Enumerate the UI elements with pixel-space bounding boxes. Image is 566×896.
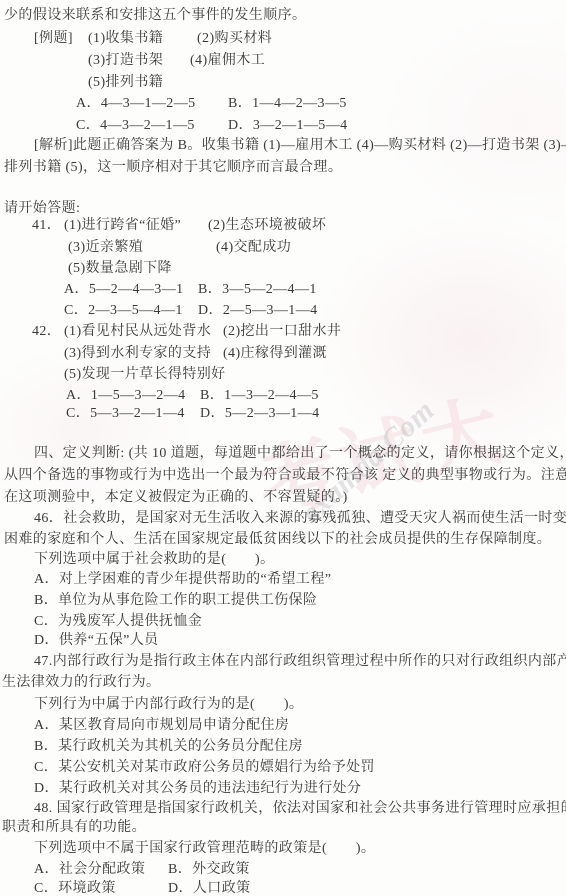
q46-stem-line-2: 困难的家庭和个人、生活在国家规定最低贫困线以下的社会成员提供的生存保障制度。 (4, 530, 551, 550)
analysis-line-2: 排列书籍 (5)，这一顺序相对于其它顺序而言最合理。 (4, 158, 342, 178)
q42-option-d: D．5—2—3—1—4 (200, 404, 320, 424)
q42-item-4: (4)庄稼得到灌溉 (223, 344, 327, 364)
q42-item-5: (5)发现一片草长得特别好 (64, 365, 226, 385)
q42-item-1: (1)看见村民从远处背水 (64, 322, 211, 342)
example-label: [例题] (34, 29, 73, 49)
q48-option-a: A．社会分配政策 (34, 860, 145, 880)
example-option-c: C．4—3—2—1—5 (76, 116, 195, 136)
q47-stem-line-2: 生法律效力的行政行为。 (2, 673, 160, 693)
q48-stem-line-2: 职责和所具有的功能。 (2, 818, 146, 838)
q48-stem-line-1: 48. 国家行政管理是指国家行政机关，依法对国家和社会公共事务进行管理时应承担的 (34, 799, 566, 819)
q42-item-3: (3)得到水利专家的支持 (64, 344, 211, 364)
q42-number: 42． (32, 322, 61, 342)
q41-option-d: D．2—5—3—1—4 (198, 301, 318, 321)
example-item-2: (2)购买材料 (197, 29, 272, 49)
intro-line: 少的假设来联系和安排这五个事件的发生顺序。 (4, 6, 306, 26)
q46-option-b: B．单位为从事危险工作的职工提供工伤保险 (34, 591, 317, 611)
q41-option-a: A．5—2—4—3—1 (64, 280, 184, 300)
scanned-exam-page: 考试大 examda.Com 少的假设来联系和安排这五个事件的发生顺序。 [例题… (0, 0, 566, 896)
example-item-5: (5)排列书籍 (88, 73, 163, 93)
section4-line-1: 四、定义判断: (共 10 道题，每道题中都给出了一个概念的定义，请你根据这个定… (34, 444, 566, 464)
q41-option-c: C．2—3—5—4—1 (64, 301, 183, 321)
q48-prompt: 下列选项中不属于国家行政管理范畴的政策是( )。 (34, 839, 375, 859)
q42-option-a: A．1—5—3—2—4 (66, 386, 186, 406)
example-option-b: B．1—4—2—3—5 (228, 94, 347, 114)
q46-prompt: 下列选项中属于社会救助的是( )。 (34, 550, 275, 570)
q48-option-b: B．外交政策 (168, 860, 250, 880)
q47-prompt: 下列行为中属于内部行政行为的是( )。 (34, 695, 303, 715)
q42-item-2: (2)挖出一口甜水井 (223, 322, 341, 342)
analysis-line-1: [解析]此题正确答案为 B。收集书籍 (1)—雇用木工 (4)—购买材料 (2)… (34, 136, 566, 156)
q47-option-d: D．某行政机关对其公务员的违法违纪行为进行处分 (34, 779, 361, 799)
q46-option-d: D．供养“五保”人员 (34, 631, 159, 651)
example-item-1: (1)收集书籍 (88, 29, 163, 49)
q41-item-1: (1)进行跨省“征婚” (64, 216, 181, 236)
q47-option-b: B．某行政机关为其机关的公务员分配住房 (34, 737, 303, 757)
section4-line-3: 在这项测验中，本定义被假定为正确的、不容置疑的。) (4, 488, 348, 508)
q41-item-3: (3)近亲繁殖 (68, 238, 143, 258)
q41-item-5: (5)数量急剧下降 (68, 259, 172, 279)
q47-option-c: C．某公安机关对某市政府公务员的嫖娼行为给予处罚 (34, 758, 375, 778)
q41-option-b: B．3—5—2—4—1 (198, 280, 317, 300)
q47-option-a: A．某区教育局向市规划局申请分配住房 (34, 716, 289, 736)
q42-option-b: B．1—3—2—4—5 (200, 386, 319, 406)
q46-stem-line-1: 46．社会救助，是国家对无生活收入来源的寡残孤独、遭受天灾人祸而使生活一时变得 (34, 509, 566, 529)
q41-item-4: (4)交配成功 (216, 238, 291, 258)
example-option-d: D．3—2—1—5—4 (228, 116, 348, 136)
section4-line-2: 从四个备选的事物或行为中选出一个最为符合或最不符合该 定义的典型事物或行为。注意… (4, 466, 566, 486)
q42-option-c: C．5—3—2—1—4 (66, 404, 185, 424)
q46-option-a: A．对上学困难的青少年提供帮助的“希望工程” (34, 570, 331, 590)
example-option-a: A．4—3—1—2—5 (76, 94, 196, 114)
q48-option-d: D．人口政策 (168, 879, 251, 896)
q41-number: 41． (32, 216, 61, 236)
example-item-3: (3)打造书架 (88, 51, 163, 71)
q46-option-c: C．为残废军人提供抚恤金 (34, 612, 202, 632)
example-item-4: (4)雇佣木工 (190, 51, 265, 71)
q41-item-2: (2)生态环境被破坏 (208, 216, 326, 236)
q48-option-c: C．环境政策 (34, 879, 116, 896)
q47-stem-line-1: 47.内部行政行为是指行政主体在内部行政组织管理过程中所作的只对行政组织内部产 (34, 652, 566, 672)
